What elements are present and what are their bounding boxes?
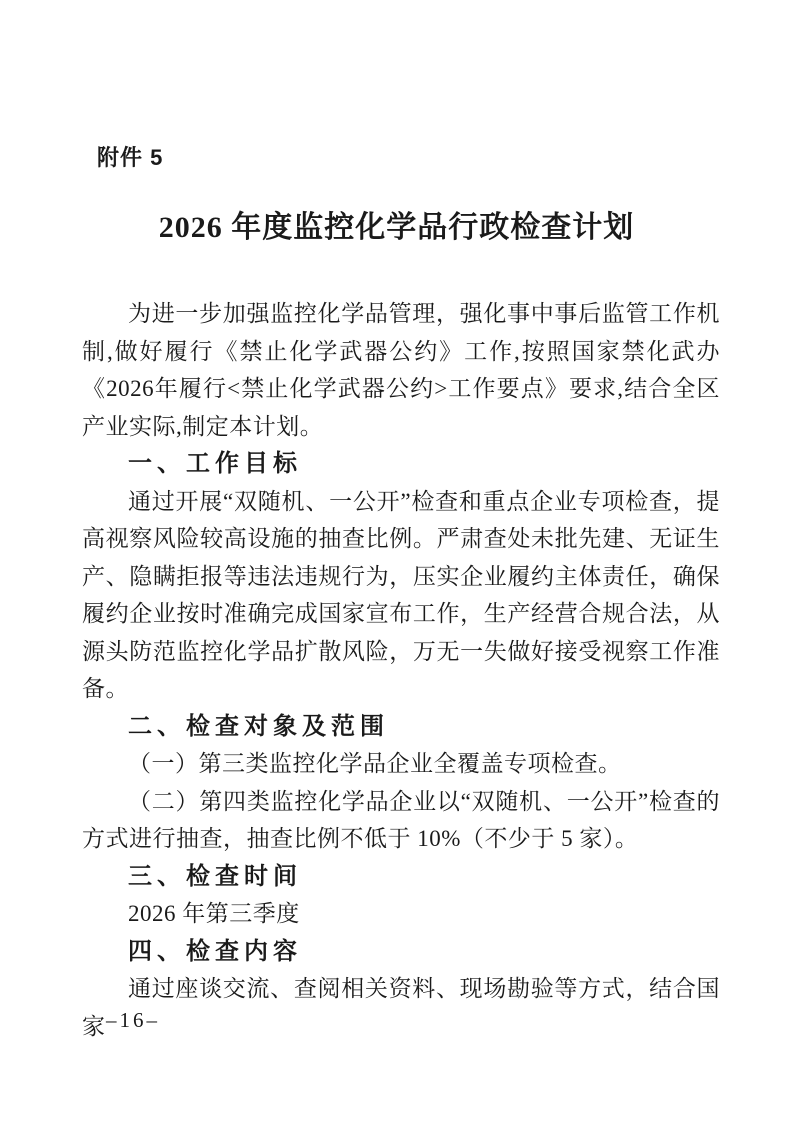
section-heading-3: 三、检查时间 bbox=[82, 858, 720, 896]
section-heading-4: 四、检查内容 bbox=[82, 933, 720, 971]
section-4-paragraph: 通过座谈交流、查阅相关资料、现场勘验等方式，结合国家 bbox=[82, 970, 720, 1045]
document-body: 为进一步加强监控化学品管理，强化事中事后监管工作机制,做好履行《禁止化学武器公约… bbox=[82, 295, 720, 1045]
page-number: –16– bbox=[106, 1007, 160, 1033]
section-2-item-2: （二）第四类监控化学品企业以“双随机、一公开”检查的方式进行抽查，抽查比例不低于… bbox=[82, 783, 720, 858]
section-2-item-1: （一）第三类监控化学品企业全覆盖专项检查。 bbox=[82, 745, 720, 783]
section-heading-1: 一、工作目标 bbox=[82, 445, 720, 483]
section-3-paragraph: 2026 年第三季度 bbox=[82, 895, 720, 933]
section-heading-2: 二、检查对象及范围 bbox=[82, 708, 720, 746]
document-page: 附件 5 2026 年度监控化学品行政检查计划 为进一步加强监控化学品管理，强化… bbox=[0, 0, 793, 1122]
intro-paragraph: 为进一步加强监控化学品管理，强化事中事后监管工作机制,做好履行《禁止化学武器公约… bbox=[82, 295, 720, 445]
attachment-label: 附件 5 bbox=[97, 144, 163, 172]
section-1-paragraph: 通过开展“双随机、一公开”检查和重点企业专项检查，提高视察风险较高设施的抽查比例… bbox=[82, 483, 720, 708]
document-title: 2026 年度监控化学品行政检查计划 bbox=[0, 208, 793, 248]
